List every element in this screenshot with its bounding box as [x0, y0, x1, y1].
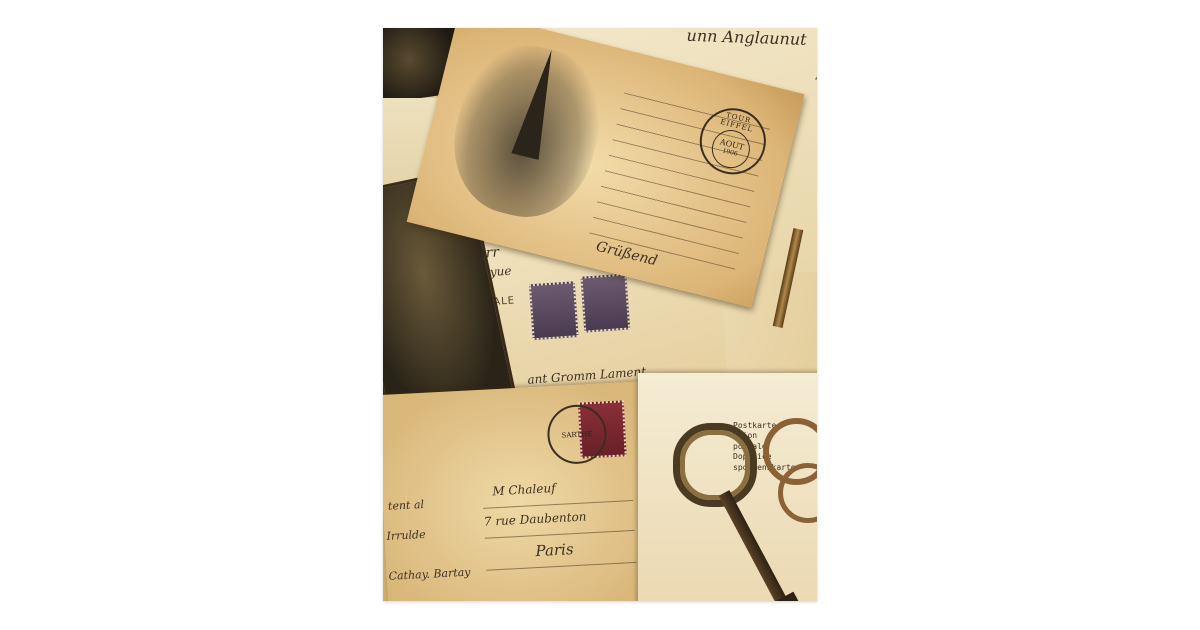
letter-line: Laba: [815, 67, 817, 84]
purple-stamp: [580, 274, 630, 333]
postmark-text: SARTHE: [561, 430, 592, 440]
address-rule: [485, 530, 635, 539]
postkarte-card: Postkarte Union postale Dopplice sponden…: [638, 373, 817, 601]
letter-line: yue: [489, 264, 512, 279]
scribble-line: Cathay. Bartay: [388, 566, 470, 583]
printer-caption: [470, 450, 478, 601]
address-line: Paris: [535, 540, 574, 560]
eiffel-tower-illustration: [439, 32, 616, 231]
addressed-postcard: SARTHE M Chaleuf 7 rue Daubenton Paris t…: [383, 381, 659, 601]
address-rule: [483, 500, 633, 509]
postcard-collage-image: unn Anglaunut Laba enea Parr yue TALE an…: [383, 28, 817, 601]
address-line: 7 rue Daubenton: [484, 509, 587, 528]
ornate-key-bow-icon: [673, 423, 757, 507]
tower-icon: [511, 46, 565, 160]
scribble-line: tent al: [388, 498, 425, 513]
postmark-year: 1906: [722, 148, 738, 158]
purple-stamp: [529, 281, 579, 340]
address-line: M Chaleuf: [492, 481, 556, 498]
address-rule: [486, 562, 636, 571]
scribble-line: Irrulde: [386, 528, 426, 543]
key-shaft-icon: [719, 490, 791, 601]
letter-line: unn Anglaunut: [686, 28, 807, 49]
